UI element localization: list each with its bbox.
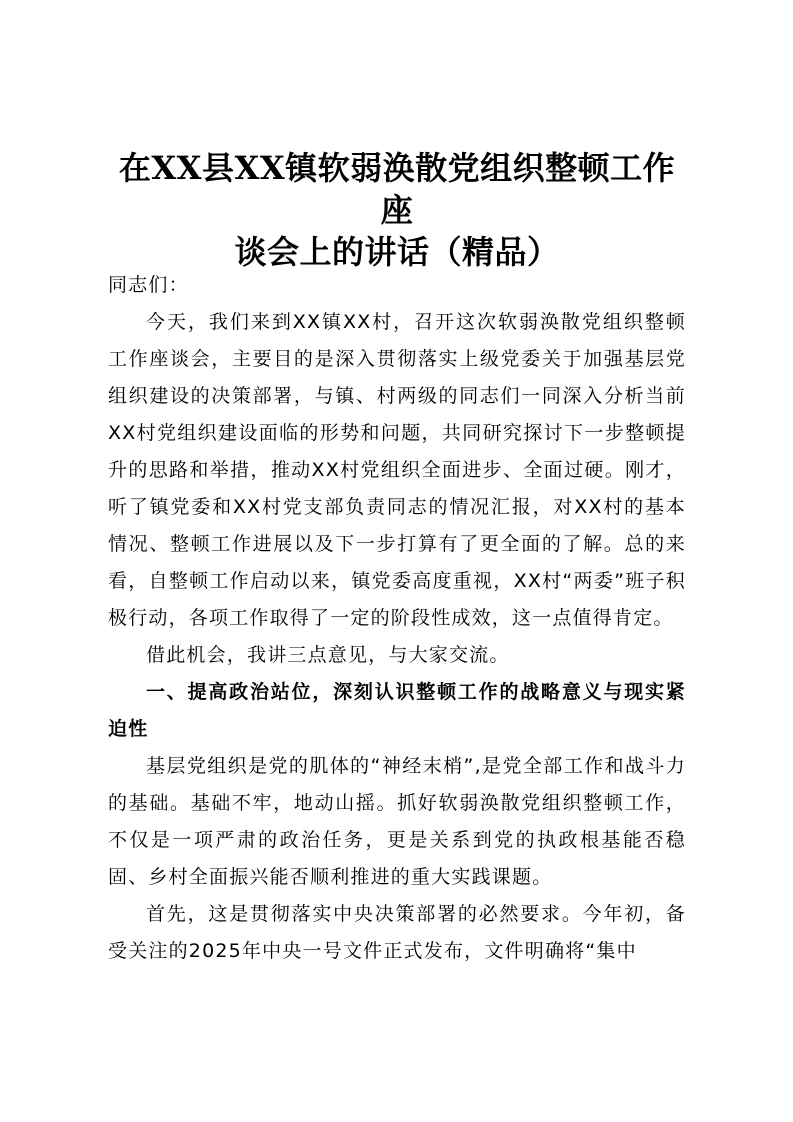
paragraph-transition: 借此机会，我讲三点意见，与大家交流。: [108, 637, 686, 674]
title-line-2: 谈会上的讲话（精品）: [234, 233, 559, 271]
document-title: 在XX县XX镇软弱涣散党组织整顿工作座 谈会上的讲话（精品）: [108, 147, 686, 273]
document-body: 同志们： 今天，我们来到XX镇XX村，召开这次软弱涣散党组织整顿工作座谈会，主要…: [108, 267, 686, 970]
paragraph-intro: 今天，我们来到XX镇XX村，召开这次软弱涣散党组织整顿工作座谈会，主要目的是深入…: [108, 304, 686, 637]
paragraph-section-1-intro: 基层党组织是党的肌体的“神经末梢”,是党全部工作和战斗力的基础。基础不牢，地动山…: [108, 748, 686, 896]
paragraph-first-point: 首先，这是贯彻落实中央决策部署的必然要求。今年初，备受关注的2025年中央一号文…: [108, 896, 686, 970]
section-heading-1: 一、提高政治站位，深刻认识整顿工作的战略意义与现实紧迫性: [108, 674, 686, 748]
title-line-1: 在XX县XX镇软弱涣散党组织整顿工作座: [119, 149, 675, 229]
salutation: 同志们：: [108, 267, 686, 304]
